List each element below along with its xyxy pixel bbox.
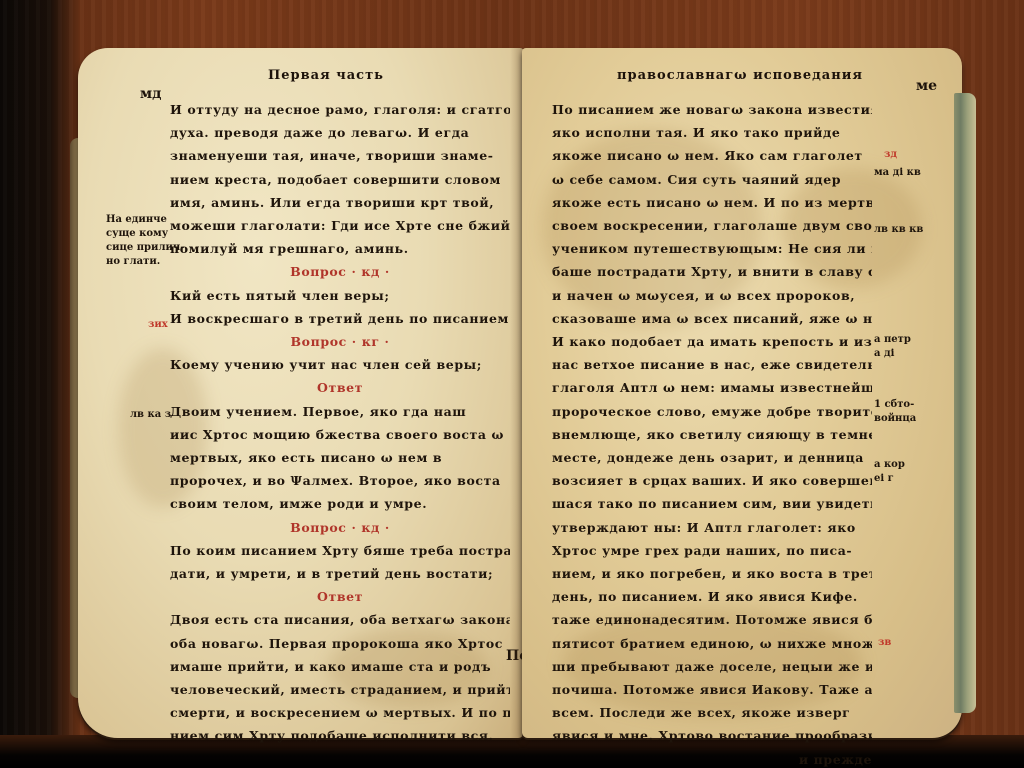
text-line: яко исполни тая. И яко тако прийде	[552, 121, 872, 144]
text-line: месте, дондеже день озарит, и денница	[552, 446, 872, 469]
left-page: мд Первая часть На единче суще кому сице…	[78, 48, 524, 738]
text-line: имя, аминь. Или егда твориши крт твой,	[170, 191, 510, 214]
text-line: таже единонадесятим. Потомже явися болше	[552, 608, 872, 631]
text-line: Хртос умре грех ради наших, по писа-	[552, 539, 872, 562]
text-line: внемлюще, яко светилу сияющу в темнем	[552, 423, 872, 446]
right-margin-note: зд	[884, 148, 897, 162]
text-line: оба новагω. Первая пророкоша яко Хртос	[170, 632, 510, 655]
question-heading: Вопрос · кг ·	[170, 330, 510, 353]
text-line: шася тако по писанием сим, вии увидети	[552, 492, 872, 515]
text-line: баше пострадати Хрту, и внити в славу св…	[552, 260, 872, 283]
text-line: своим телом, имже роди и умре.	[170, 492, 510, 515]
text-line: день, по писанием. И яко явися Кифе.	[552, 585, 872, 608]
text-line: можеши глаголати: Гди исе Хрте сне бжий	[170, 214, 510, 237]
right-margin-note: а кор еі г	[874, 458, 905, 486]
text-line: И како подобает да имать крепость и изве…	[552, 330, 872, 353]
left-margin-note: зих	[148, 318, 168, 332]
right-text-block: По писанием же новагω закона известия як…	[552, 98, 872, 768]
text-line: дати, и умрети, и в третий день востати;	[170, 562, 510, 585]
text-line: смерти, и воскресением ω мертвых. И по п…	[170, 701, 510, 724]
text-line: И воскресшаго в третий день по писанием.	[170, 307, 510, 330]
text-line: утверждают ны: И Аптл глаголет: яко	[552, 516, 872, 539]
text-line: почиша. Потомже явися Иакову. Таже апост…	[552, 678, 872, 701]
answer-heading: Ответ	[170, 376, 510, 399]
text-line: Кий есть пятый член веры;	[170, 284, 510, 307]
text-line: всем. Последи же всех, якоже изверг	[552, 701, 872, 724]
right-margin-note: зв	[878, 636, 891, 650]
text-line: духа. преводя даже до левагω. И егда	[170, 121, 510, 144]
text-line: пророческое слово, емуже добре творите	[552, 400, 872, 423]
text-line: возсияет в срцах ваших. И яко совершен-	[552, 469, 872, 492]
right-folio-number: ме	[916, 78, 937, 94]
text-line: нас ветхое писание в нас, еже свидетельс…	[552, 353, 872, 376]
text-line: человеческий, иместь страданием, и прийт…	[170, 678, 510, 701]
text-line: нием сим Хрту подобаше исполнити вся.	[170, 724, 510, 747]
text-line: помилуй мя грешнаго, аминь.	[170, 237, 510, 260]
text-line: нием, и яко погребен, и яко воста в трет…	[552, 562, 872, 585]
left-text-block: И оттуду на десное рамо, глаголя: и сгат…	[170, 98, 510, 748]
text-line: По писанием же новагω закона известия	[552, 98, 872, 121]
right-running-head: православнагω исповедания	[617, 68, 863, 83]
text-line: Двоим учением. Первое, яко гда наш	[170, 400, 510, 423]
book-fore-edge	[954, 93, 976, 713]
question-heading: Вопрос · кд ·	[170, 516, 510, 539]
text-line: явися и мне. Хртово востание прообразися	[552, 724, 872, 747]
answer-heading: Ответ	[170, 585, 510, 608]
text-line: якоже есть писано ω нем. И по из мертвых	[552, 191, 872, 214]
right-page: православнагω исповедания ме По писанием…	[522, 48, 962, 738]
text-line: пророчех, и во Ψалмех. Второе, яко воста	[170, 469, 510, 492]
open-book: мд Первая часть На единче суще кому сице…	[70, 38, 980, 748]
text-line: И оттуду на десное рамо, глаголя: и сгат…	[170, 98, 510, 121]
text-line: Коему учению учит нас член сей веры;	[170, 353, 510, 376]
text-line: По коим писанием Хрту бяше треба постра-	[170, 539, 510, 562]
question-heading: Вопрос · кд ·	[170, 260, 510, 283]
right-margin-note: лв кв кв	[874, 223, 923, 237]
text-line: нием креста, подобает совершити словом	[170, 168, 510, 191]
left-running-head: Первая часть	[268, 68, 384, 83]
text-line: якоже писано ω нем. Яко сам глаголет	[552, 144, 872, 167]
right-margin-note: а петр а ді	[874, 333, 911, 361]
text-line: иис Хртос мощию бжества своего воста ω	[170, 423, 510, 446]
text-line: знаменуеши тая, иначе, твориши знаме-	[170, 144, 510, 167]
text-line: пятисот братием единою, ω нихже множай-	[552, 632, 872, 655]
text-line: своем воскресении, глаголаше двум своим	[552, 214, 872, 237]
text-line: мертвых, яко есть писано ω нем в	[170, 446, 510, 469]
text-line: имаше прийти, и како имаше ста и родъ	[170, 655, 510, 678]
right-margin-note: 1 сбто- войнца	[874, 398, 916, 426]
text-line: ω себе самом. Сия суть чаяний ядер	[552, 168, 872, 191]
text-line: сказоваше има ω всех писаний, яже ω нем.	[552, 307, 872, 330]
right-margin-note: ма ді кв	[874, 166, 921, 180]
text-line: и начен ω мωусея, и ω всех пророков,	[552, 284, 872, 307]
text-line: глаголя Аптл ω нем: имамы известнейше	[552, 376, 872, 399]
left-folio-number: мд	[140, 86, 162, 102]
left-margin-note: лв ка з	[130, 408, 171, 422]
text-line: Двоя есть ста писания, оба ветхагω закон…	[170, 608, 510, 631]
text-line: и прежде	[552, 748, 872, 768]
text-line: ши пребывают даже доселе, нецыи же и	[552, 655, 872, 678]
text-line: учеником путешествующым: Не сия ли подо-	[552, 237, 872, 260]
